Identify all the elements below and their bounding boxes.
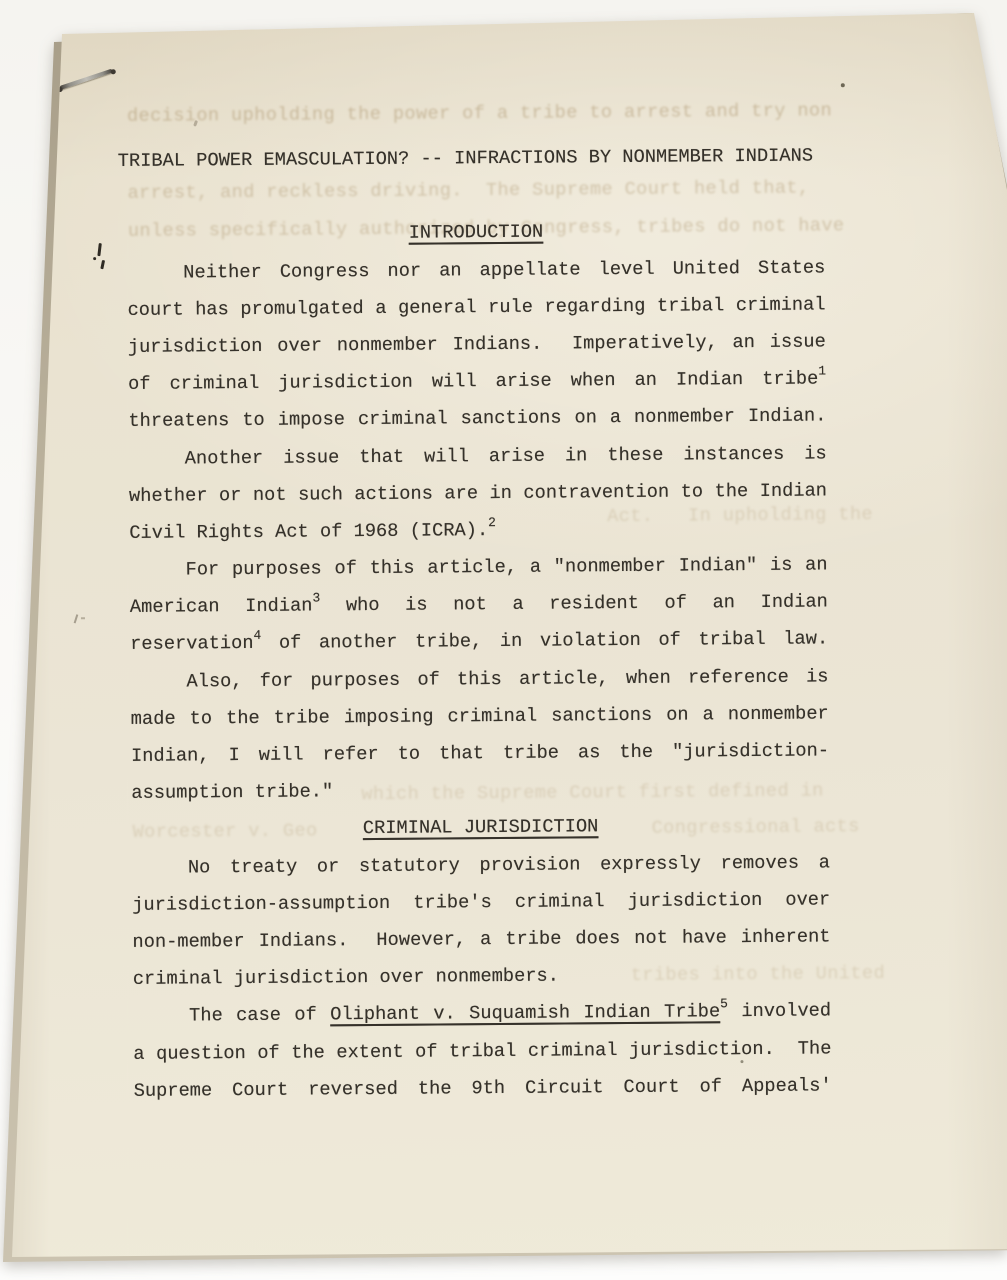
document-title: TRIBAL POWER EMASCULATION? -- INFRACTION… [116,138,814,181]
text-line: The case of Oliphant v. Suquamish Indian… [133,993,831,1036]
pen-stroke [81,617,85,619]
document-page: decision upholding the power of a tribe … [0,0,1007,1280]
text-segment: For purposes of this article, a "nonmemb… [186,553,828,580]
text-segment: non-member Indians. However, a tribe doe… [132,925,830,952]
text-segment: Supreme Court reversed the 9th Circuit C… [134,1074,832,1101]
margin-faint-mark [75,614,87,626]
text-line: reservation4 of another tribe, in violat… [130,621,828,664]
text-segment: made to the tribe imposing criminal sanc… [131,702,829,729]
section-heading: INTRODUCTION [127,212,825,255]
text-segment: a question of the extent of tribal crimi… [133,1037,831,1064]
footnote-reference: 5 [720,986,728,1023]
pen-stroke [97,243,101,256]
paper-speck [740,1060,743,1063]
text-segment: Civil Rights Act of 1968 (ICRA). [129,519,488,544]
text-segment: jurisdiction over nonmember Indians. Imp… [128,330,826,357]
text-line: Another issue that will arise in these i… [129,435,827,478]
text-segment: of criminal jurisdiction will arise when… [128,368,818,395]
case-citation: Oliphant v. Suquamish Indian Tribe [330,1001,720,1026]
text-segment: court has promulgated a general rule reg… [127,293,825,320]
text-segment: involved [728,1000,831,1023]
text-line: American Indian3 who is not a resident o… [130,584,828,627]
text-segment: Indian, I will refer to that tribe as th… [131,739,829,766]
text-segment: Neither Congress nor an appellate level … [183,256,825,283]
text-line: Neither Congress nor an appellate level … [127,249,825,292]
text-line: of criminal jurisdiction will arise when… [128,361,826,404]
text-segment: reservation [130,632,254,655]
text-line: assumption tribe." [131,770,829,813]
text-segment: criminal jurisdiction over nonmembers. [133,965,559,990]
pen-stroke [93,257,96,260]
section-heading-text: CRIMINAL JURISDICTION [363,816,599,840]
text-segment: American Indian [130,595,313,618]
paper-speck [841,83,845,87]
margin-pen-mark [92,243,106,271]
text-line: threatens to impose criminal sanctions o… [128,398,826,441]
text-line: jurisdiction over nonmember Indians. Imp… [128,323,826,366]
text-segment: whether or not such actions are in contr… [129,479,827,506]
text-line: Indian, I will refer to that tribe as th… [131,732,829,775]
text-segment: The case of [189,1004,330,1027]
text-line: court has promulgated a general rule reg… [127,286,825,329]
text-line: Supreme Court reversed the 9th Circuit C… [134,1067,832,1110]
text-line: For purposes of this article, a "nonmemb… [129,546,827,589]
pen-stroke [74,614,79,623]
footnote-reference: 1 [818,353,826,390]
text-line: Also, for purposes of this article, when… [130,658,828,701]
text-segment: No treaty or statutory provision express… [188,851,830,878]
paper-group: decision upholding the power of a tribe … [0,0,1007,1280]
text-segment: of another tribe, in violation of tribal… [261,628,828,654]
footnote-reference: 2 [488,504,496,541]
text-line: a question of the extent of tribal crimi… [133,1030,831,1073]
footnote-reference: 3 [312,580,320,617]
document-content: TRIBAL POWER EMASCULATION? -- INFRACTION… [126,137,832,1109]
text-segment: who is not a resident of an Indian [320,591,828,617]
text-line: jurisdiction-assumption tribe's criminal… [132,881,830,924]
text-segment: threatens to impose criminal sanctions o… [128,405,826,432]
text-segment: assumption tribe." [131,781,333,805]
text-line: No treaty or statutory provision express… [132,844,830,887]
text-line: whether or not such actions are in contr… [129,472,827,515]
bleed-through-fragment: decision upholding the power of a tribe … [127,101,832,127]
text-segment: Another issue that will arise in these i… [185,442,827,469]
footnote-reference: 4 [253,617,261,654]
pen-stroke [100,260,105,269]
section-heading-text: INTRODUCTION [409,221,544,244]
text-line: non-member Indians. However, a tribe doe… [132,918,830,961]
text-line: made to the tribe imposing criminal sanc… [131,695,829,738]
text-line: Civil Rights Act of 1968 (ICRA).2 [129,509,827,552]
photo-backdrop: decision upholding the power of a tribe … [0,0,1007,1280]
text-segment: jurisdiction-assumption tribe's criminal… [132,888,830,915]
page-tilt-layer: decision upholding the power of a tribe … [0,0,1007,1280]
section-heading: CRIMINAL JURISDICTION [131,807,829,850]
text-segment: Also, for purposes of this article, when… [186,665,828,692]
